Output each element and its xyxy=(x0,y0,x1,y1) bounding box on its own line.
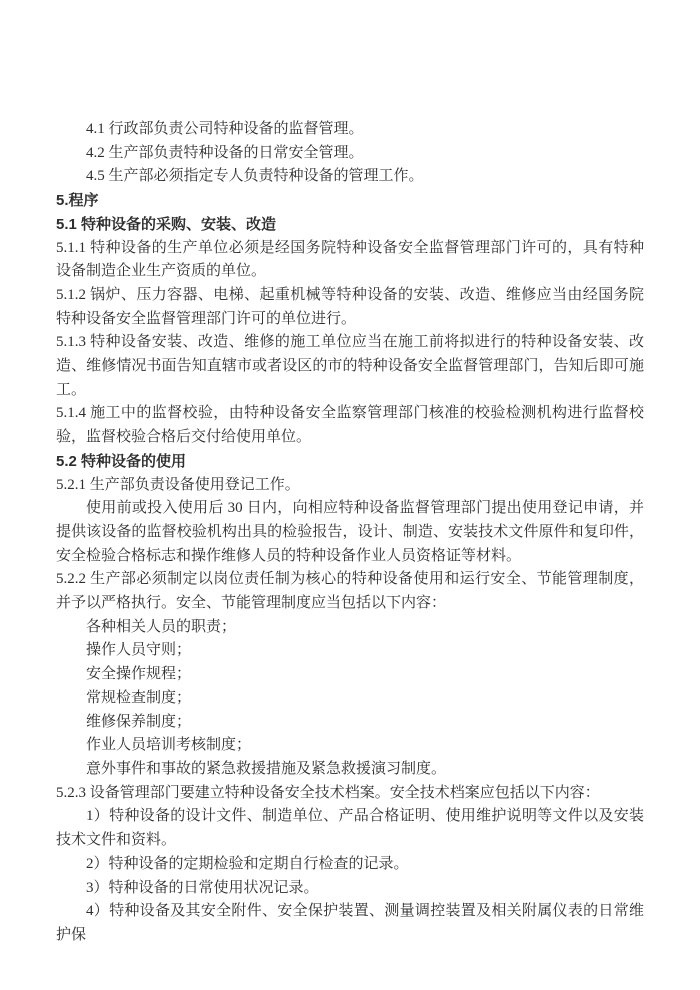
paragraph: 5.2.3 设备管理部门要建立特种设备安全技术档案。安全技术档案应包括以下内容： xyxy=(56,782,644,806)
paragraph: 安全操作规程； xyxy=(56,663,644,687)
paragraph: 1）特种设备的设计文件、制造单位、产品合格证明、使用维护说明等文件以及安装技术文… xyxy=(56,805,644,852)
paragraph: 4.5 生产部必须指定专人负责特种设备的管理工作。 xyxy=(56,165,644,189)
document-page: 4.1 行政部负责公司特种设备的监督管理。4.2 生产部负责特种设备的日常安全管… xyxy=(0,0,700,990)
paragraph: 作业人员培训考核制度； xyxy=(56,734,644,758)
paragraph: 3）特种设备的日常使用状况记录。 xyxy=(56,877,644,901)
paragraph: 4）特种设备及其安全附件、安全保护装置、测量调控装置及相关附属仪表的日常维护保 xyxy=(56,900,644,947)
paragraph: 维修保养制度； xyxy=(56,711,644,735)
paragraph: 5.1.3 特种设备安装、改造、维修的施工单位应当在施工前将拟进行的特种设备安装… xyxy=(56,331,644,402)
paragraph: 意外事件和事故的紧急救援措施及紧急救援演习制度。 xyxy=(56,758,644,782)
paragraph: 使用前或投入使用后 30 日内，向相应特种设备监督管理部门提出使用登记申请，并提… xyxy=(56,497,644,568)
paragraph: 5.1.2 锅炉、压力容器、电梯、起重机械等特种设备的安装、改造、维修应当由经国… xyxy=(56,284,644,331)
paragraph: 5.1.4 施工中的监督校验，由特种设备安全监察管理部门核准的校验检测机构进行监… xyxy=(56,402,644,449)
document-content: 4.1 行政部负责公司特种设备的监督管理。4.2 生产部负责特种设备的日常安全管… xyxy=(56,118,644,948)
section-heading: 5.2 特种设备的使用 xyxy=(56,450,644,474)
paragraph: 5.2.2 生产部必须制定以岗位责任制为核心的特种设备使用和运行安全、节能管理制… xyxy=(56,568,644,615)
paragraph: 5.2.1 生产部负责设备使用登记工作。 xyxy=(56,474,644,498)
section-heading: 5.程序 xyxy=(56,189,644,213)
paragraph: 常规检查制度； xyxy=(56,687,644,711)
paragraph: 4.2 生产部负责特种设备的日常安全管理。 xyxy=(56,142,644,166)
paragraph: 4.1 行政部负责公司特种设备的监督管理。 xyxy=(56,118,644,142)
paragraph: 操作人员守则； xyxy=(56,639,644,663)
section-heading: 5.1 特种设备的采购、安装、改造 xyxy=(56,213,644,237)
paragraph: 2）特种设备的定期检验和定期自行检查的记录。 xyxy=(56,853,644,877)
paragraph: 5.1.1 特种设备的生产单位必须是经国务院特种设备安全监督管理部门许可的，具有… xyxy=(56,237,644,284)
paragraph: 各种相关人员的职责； xyxy=(56,616,644,640)
